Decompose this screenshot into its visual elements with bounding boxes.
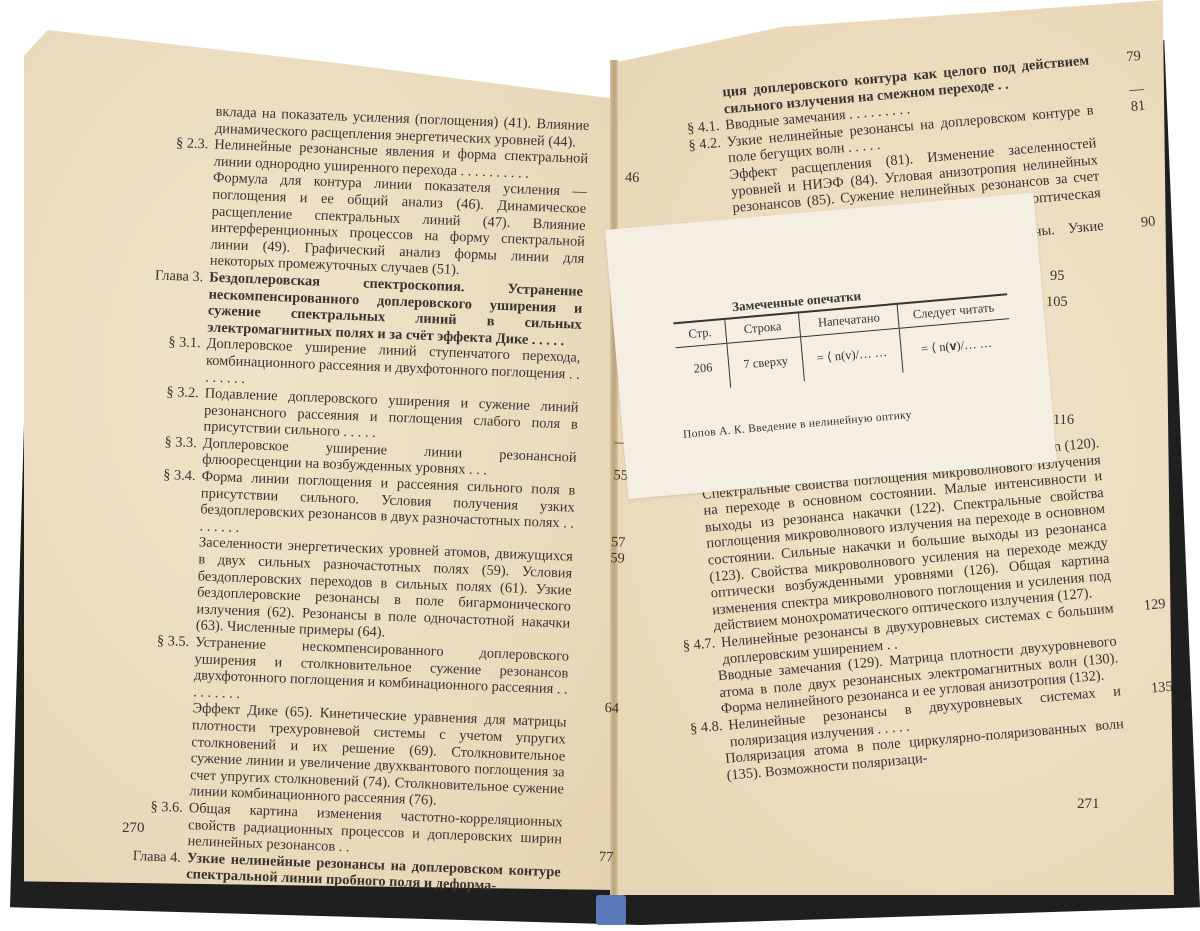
toc-label: Глава 4. [90, 846, 187, 883]
toc-label [93, 697, 193, 800]
toc-label [660, 85, 725, 123]
toc-page-number: 105 [1046, 294, 1068, 311]
toc-text: Заселенности энергетических уровней атом… [196, 535, 574, 649]
toc-page-number: 135 [1132, 679, 1173, 699]
page-number-right: 271 [1077, 796, 1100, 813]
left-toc: вклада на показатель усиления (поглощени… [90, 100, 590, 897]
toc-label: § 3.2. [107, 382, 205, 435]
toc-page-number: 77 [573, 848, 614, 866]
toc-page-number: 79 [1100, 48, 1141, 68]
toc-label [114, 166, 214, 269]
toc-label: § 4.7. [659, 635, 724, 673]
errata-printed-cell: = ⟨ n(v)/… … [800, 328, 903, 381]
toc-page-number: 90 [1115, 213, 1156, 233]
toc-label: § 2.3. [117, 133, 214, 170]
toc-page-number: 116 [1053, 412, 1074, 429]
toc-label [119, 100, 216, 137]
errata-line-cell: 7 сверху [727, 337, 804, 388]
toc-page-number: 59 [584, 550, 625, 568]
toc-page-number: 55 [588, 467, 629, 485]
bookmark-ribbon [596, 895, 626, 925]
errata-slip: Замеченные опечатки Стр. Строка Напечата… [605, 193, 1057, 499]
page-number-left: 270 [122, 820, 145, 837]
toc-label: § 3.3. [106, 432, 203, 469]
toc-page-number: 129 [1125, 596, 1166, 616]
toc-label: § 3.4. [103, 465, 201, 535]
errata-should-read-cell: = ⟨ n(𝐯)/… … [900, 319, 1013, 373]
errata-footer: Попов А. К. Введение в нелинейную оптику [683, 409, 913, 441]
toc-entry: Формула для контура линии показателя уси… [114, 166, 587, 284]
toc-label: § 3.1. [109, 332, 207, 385]
toc-label: § 4.8. [666, 717, 731, 755]
toc-page-number: 81 [1105, 98, 1146, 118]
toc-text: Эффект Дике (65). Кинетические уравнения… [189, 701, 567, 815]
toc-page-number: 64 [579, 699, 620, 717]
errata-table: Стр. Строка Напечатано Следует читать 20… [673, 293, 1013, 392]
right-toc-lower: ... N_m — N_n (120). Спектральные свойст… [700, 435, 1126, 784]
toc-entry: Эффект Дике (65). Кинетические уравнения… [93, 697, 566, 815]
toc-entry: Заселенности энергетических уровней атом… [100, 531, 573, 649]
toc-page-number: 46 [599, 168, 640, 186]
toc-label: § 3.5. [97, 631, 195, 701]
toc-page-number: 57 [585, 533, 626, 551]
toc-text: Формула для контура линии показателя уси… [210, 170, 588, 284]
toc-label: Глава 3. [111, 266, 209, 336]
toc-page-number: 95 [1050, 268, 1064, 285]
errata-page-cell: 206 [676, 343, 731, 392]
toc-label [100, 531, 200, 634]
toc-label: § 4.2. [664, 134, 729, 172]
